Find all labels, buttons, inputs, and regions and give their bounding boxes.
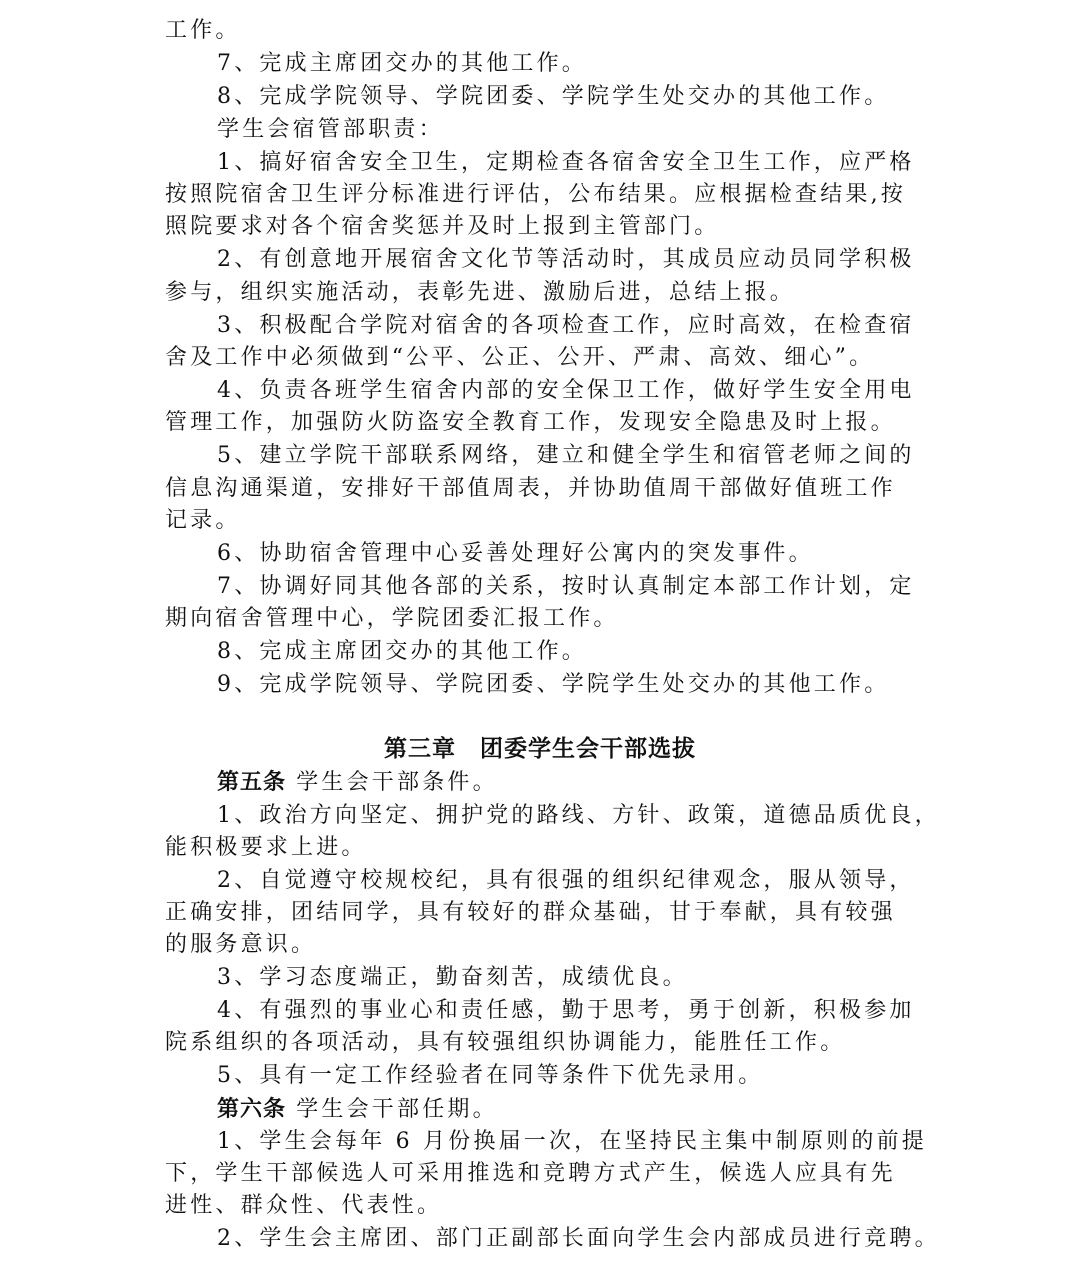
text-line: 照院要求对各个宿舍奖惩并及时上报到主管部门。 (165, 213, 719, 241)
list-item: 5、建立学院干部联系网络，建立和健全学生和宿管老师之间的 (217, 442, 915, 470)
list-item: 2、学生会主席团、部门正副部长面向学生会内部成员进行竞聘。 (217, 1225, 940, 1253)
text-line: 进性、群众性、代表性。 (165, 1192, 442, 1220)
text-line: 能积极要求上进。 (165, 834, 367, 862)
list-item: 8、完成学院领导、学院团委、学院学生处交办的其他工作。 (217, 83, 889, 111)
text-line: 正确安排，团结同学，具有较好的群众基础，甘于奉献，具有较强 (165, 899, 896, 927)
text-line: 下，学生干部候选人可采用推选和竞聘方式产生，候选人应具有先 (165, 1160, 896, 1188)
section-subheading: 学生会宿管部职责： (217, 116, 444, 144)
list-item: 2、有创意地开展宿舍文化节等活动时，其成员应动员同学积极 (217, 246, 915, 274)
list-item: 2、自觉遵守校规校纪，具有很强的组织纪律观念，服从领导， (217, 867, 915, 895)
list-item: 8、完成主席团交办的其他工作。 (217, 638, 587, 666)
text-line: 管理工作，加强防火防盗安全教育工作，发现安全隐患及时上报。 (165, 409, 896, 437)
text-line: 院系组织的各项活动，具有较强组织协调能力，能胜任工作。 (165, 1029, 845, 1057)
text-line: 的服务意识。 (165, 931, 316, 959)
text-line: 期向宿舍管理中心，学院团委汇报工作。 (165, 605, 619, 633)
list-item: 9、完成学院领导、学院团委、学院学生处交办的其他工作。 (217, 671, 889, 699)
text-line: 记录。 (165, 507, 241, 535)
list-item: 7、完成主席团交办的其他工作。 (217, 50, 587, 78)
list-item: 4、有强烈的事业心和责任感，勤于思考，勇于创新，积极参加 (217, 997, 915, 1025)
list-item: 1、学生会每年 6 月份换届一次，在坚持民主集中制原则的前提 (217, 1128, 927, 1156)
article-heading: 第六条 学生会干部任期。 (217, 1095, 498, 1124)
article-title: 学生会干部条件。 (286, 770, 498, 795)
text-line: 按照院宿舍卫生评分标准进行评估，公布结果。应根据检查结果,按 (165, 181, 906, 209)
article-number: 第五条 (217, 769, 286, 795)
article-number: 第六条 (217, 1096, 286, 1122)
list-item: 5、具有一定工作经验者在同等条件下优先录用。 (217, 1062, 763, 1090)
list-item: 3、学习态度端正，勤奋刻苦，成绩优良。 (217, 964, 688, 992)
list-item: 1、政治方向坚定、拥护党的路线、方针、政策，道德品质优良， (217, 802, 940, 830)
article-title: 学生会干部任期。 (286, 1097, 498, 1122)
list-item: 1、搞好宿舍安全卫生，定期检查各宿舍安全卫生工作，应严格 (217, 149, 915, 177)
text-line: 舍及工作中必须做到“公平、公正、公开、严肃、高效、细心”。 (165, 344, 874, 372)
text-line: 工作。 (165, 17, 241, 45)
list-item: 3、积极配合学院对宿舍的各项检查工作，应时高效，在检查宿 (217, 312, 915, 340)
text-line: 参与，组织实施活动，表彰先进、激励后进，总结上报。 (165, 279, 795, 307)
document-page: 工作。 7、完成主席团交办的其他工作。 8、完成学院领导、学院团委、学院学生处交… (0, 0, 1080, 1268)
chapter-heading: 第三章 团委学生会干部选拔 (0, 734, 1080, 764)
list-item: 7、协调好同其他各部的关系，按时认真制定本部工作计划，定 (217, 573, 915, 601)
list-item: 6、协助宿舍管理中心妥善处理好公寓内的突发事件。 (217, 540, 814, 568)
list-item: 4、负责各班学生宿舍内部的安全保卫工作，做好学生安全用电 (217, 377, 915, 405)
text-line: 信息沟通渠道，安排好干部值周表，并协助值周干部做好值班工作 (165, 475, 896, 503)
article-heading: 第五条 学生会干部条件。 (217, 768, 498, 797)
